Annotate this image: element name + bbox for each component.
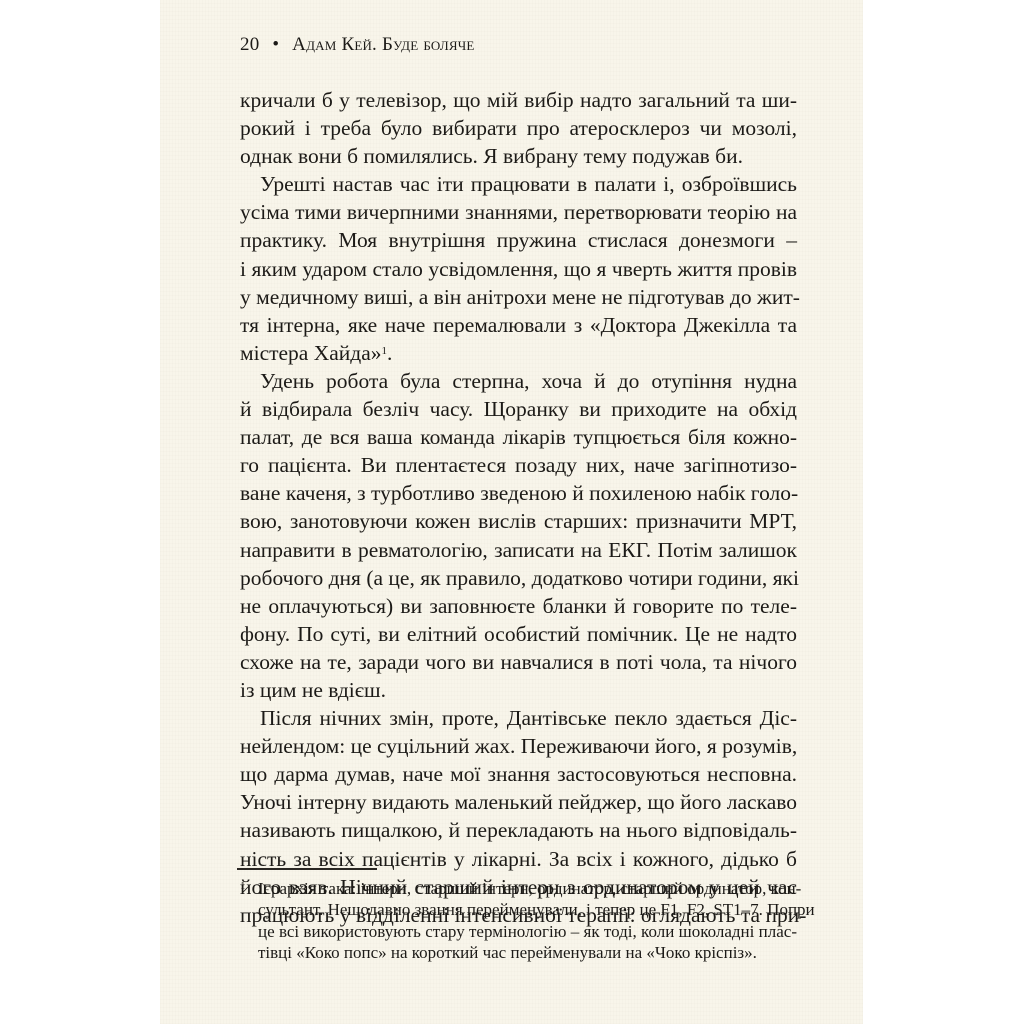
text-line: фону. По суті, ви елітний особистий помі… <box>240 620 797 648</box>
footnote-reference[interactable]: 1 <box>382 345 388 357</box>
author-name: Адам Кей. <box>292 34 377 55</box>
text-line-content: Уночі інтерну видають маленький пейджер,… <box>240 790 797 814</box>
text-line-content: й відбирала безліч часу. Щоранку ви прих… <box>240 397 797 421</box>
text-line-content: рокий і треба було вибирати про атероскл… <box>240 116 797 140</box>
text-line: не оплачуються) ви заповнюєте бланки й г… <box>240 592 797 620</box>
text-line-content: і яким ударом стало усвідомлення, що я ч… <box>240 257 797 281</box>
text-line-content: нейлендом: це суцільний жах. Переживаючи… <box>240 734 797 758</box>
text-line: ване каченя, з турботливо зведеною й пох… <box>240 479 797 507</box>
text-line: тя інтерна, яке наче перемалювали з «Док… <box>240 311 797 339</box>
text-line: Уночі інтерну видають маленький пейджер,… <box>240 788 797 816</box>
text-line: вою, занотовуючи кожен вислів старших: п… <box>240 507 797 535</box>
text-line-content: схоже на те, заради чого ви навчалися в … <box>240 650 797 674</box>
text-line-content: го пацієнта. Ви плентаєтеся позаду них, … <box>240 453 797 477</box>
text-line-content: вою, занотовуючи кожен вислів старших: п… <box>240 509 797 533</box>
text-line: Після нічних змін, проте, Дантівське пек… <box>240 704 797 732</box>
separator-bullet: • <box>272 34 279 55</box>
footnote-line: тівці «Коко попс» на короткий час перейм… <box>258 942 797 963</box>
text-line: го пацієнта. Ви плентаєтеся позаду них, … <box>240 451 797 479</box>
text-line: що дарма думав, наче мої знання застосов… <box>240 760 797 788</box>
text-line-content: із цим не вдієш. <box>240 678 386 702</box>
running-head: 20 • Адам Кей. Буде боляче <box>240 34 475 56</box>
text-line-content: практику. Моя внутрішня пружина стислася… <box>240 228 797 252</box>
text-line: практику. Моя внутрішня пружина стислася… <box>240 226 797 254</box>
footnote-marker: 1 <box>240 876 246 897</box>
text-line-content: називають пищалкою, й перекладають на нь… <box>240 818 797 842</box>
text-line-content: ване каченя, з турботливо зведеною й пох… <box>240 481 798 505</box>
text-line-content: палат, де вся ваша команда лікарів тупцю… <box>240 425 797 449</box>
footnote-line: Ієрархія така: інтерн, старший інтерн, о… <box>258 878 797 899</box>
footnote-text: Ієрархія така: інтерн, старший інтерн, о… <box>258 878 797 963</box>
text-line-content: тя інтерна, яке наче перемалювали з «Док… <box>240 313 797 337</box>
text-line: палат, де вся ваша команда лікарів тупцю… <box>240 423 797 451</box>
text-line-content: у медичному виші, а він анітрохи мене не… <box>240 285 800 309</box>
text-line: усіма тими вичерпними знаннями, перетвор… <box>240 198 797 226</box>
text-line-content: що дарма думав, наче мої знання застосов… <box>240 762 797 786</box>
text-line-content: не оплачуються) ви заповнюєте бланки й г… <box>240 594 797 618</box>
text-line-content: Після нічних змін, проте, Дантівське пек… <box>260 706 797 730</box>
text-line: направити в ревматологію, записати на ЕК… <box>240 536 797 564</box>
text-line-content: фону. По суті, ви елітний особистий помі… <box>240 622 797 646</box>
text-line-content: ність за всіх пацієнтів у лікарні. За вс… <box>240 847 797 871</box>
text-line-content: містера Хайда» <box>240 341 382 365</box>
footnote: 1 Ієрархія така: інтерн, старший інтерн,… <box>240 878 797 963</box>
footnote-divider <box>237 868 377 870</box>
text-line: кричали б у телевізор, що мій вибір надт… <box>240 86 797 114</box>
footnote-line: сультант. Нещодавно звання перейменували… <box>258 899 797 920</box>
page-number: 20 <box>240 34 259 55</box>
text-line: нейлендом: це суцільний жах. Переживаючи… <box>240 732 797 760</box>
text-line: схоже на те, заради чого ви навчалися в … <box>240 648 797 676</box>
text-line-content: усіма тими вичерпними знаннями, перетвор… <box>240 200 797 224</box>
text-line: у медичному виші, а він анітрохи мене не… <box>240 283 797 311</box>
book-title: Буде боляче <box>382 34 475 55</box>
text-line: робочого дня (а це, як правило, додатков… <box>240 564 797 592</box>
text-line: містера Хайда»1. <box>240 339 797 367</box>
footnote-line: це всі використовують стару термінологію… <box>258 921 797 942</box>
text-line: однак вони б помилялись. Я вибрану тему … <box>240 142 797 170</box>
text-line-content: Урешті настав час іти працювати в палати… <box>260 172 797 196</box>
text-line-content: робочого дня (а це, як правило, додатков… <box>240 566 799 590</box>
text-line: Удень робота була стерпна, хоча й до оту… <box>240 367 797 395</box>
text-line: і яким ударом стало усвідомлення, що я ч… <box>240 255 797 283</box>
body-text: кричали б у телевізор, що мій вибір надт… <box>240 86 797 929</box>
text-line: Урешті настав час іти працювати в палати… <box>240 170 797 198</box>
text-line-content: направити в ревматологію, записати на ЕК… <box>240 538 797 562</box>
text-line-content: однак вони б помилялись. Я вибрану тему … <box>240 144 743 168</box>
punctuation: . <box>387 341 392 365</box>
text-line: із цим не вдієш. <box>240 676 797 704</box>
text-line-content: Удень робота була стерпна, хоча й до оту… <box>260 369 797 393</box>
text-line: рокий і треба було вибирати про атероскл… <box>240 114 797 142</box>
text-line: й відбирала безліч часу. Щоранку ви прих… <box>240 395 797 423</box>
text-line-content: кричали б у телевізор, що мій вибір надт… <box>240 88 797 112</box>
text-line: називають пищалкою, й перекладають на нь… <box>240 816 797 844</box>
